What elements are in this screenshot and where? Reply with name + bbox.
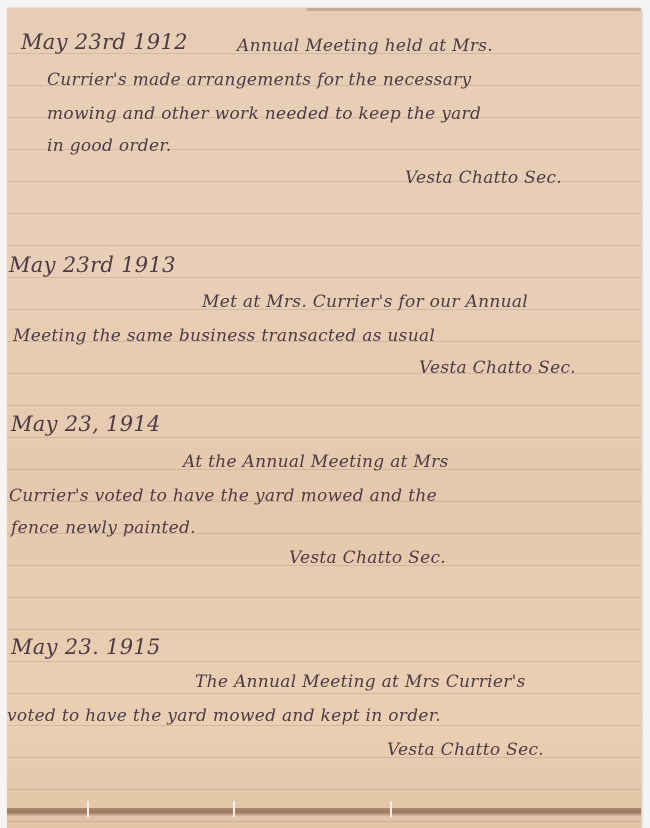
binding-stitch [390, 801, 392, 817]
entry-date: May 23. 1915 [11, 635, 161, 659]
entry-date: May 23rd 1912 [21, 30, 188, 54]
secretary-signature: Vesta Chatto Sec. [405, 168, 562, 188]
entry-line: Annual Meeting held at Mrs. [237, 36, 493, 56]
binding-stitch [233, 801, 235, 817]
page-top-edge [307, 8, 641, 11]
page-fold-crease [7, 808, 641, 816]
entry-line: in good order. [47, 136, 172, 156]
entry-line: Met at Mrs. Currier's for our Annual [202, 292, 528, 312]
secretary-signature: Vesta Chatto Sec. [387, 740, 544, 760]
entry-date: May 23rd 1913 [9, 253, 176, 277]
entry-line: voted to have the yard mowed and kept in… [7, 706, 441, 726]
secretary-signature: Vesta Chatto Sec. [289, 548, 446, 568]
entry-line: Currier's made arrangements for the nece… [47, 70, 471, 90]
entry-line: fence newly painted. [11, 518, 196, 538]
entry-line: mowing and other work needed to keep the… [47, 104, 481, 124]
secretary-signature: Vesta Chatto Sec. [419, 358, 576, 378]
entry-date: May 23, 1914 [11, 412, 161, 436]
entry-line: At the Annual Meeting at Mrs [183, 452, 449, 472]
binding-stitch [87, 801, 89, 817]
entry-line: Currier's voted to have the yard mowed a… [9, 486, 437, 506]
notebook-page: May 23rd 1912 Annual Meeting held at Mrs… [7, 8, 641, 828]
entry-line: The Annual Meeting at Mrs Currier's [195, 672, 526, 692]
entry-line: Meeting the same business transacted as … [13, 326, 435, 346]
